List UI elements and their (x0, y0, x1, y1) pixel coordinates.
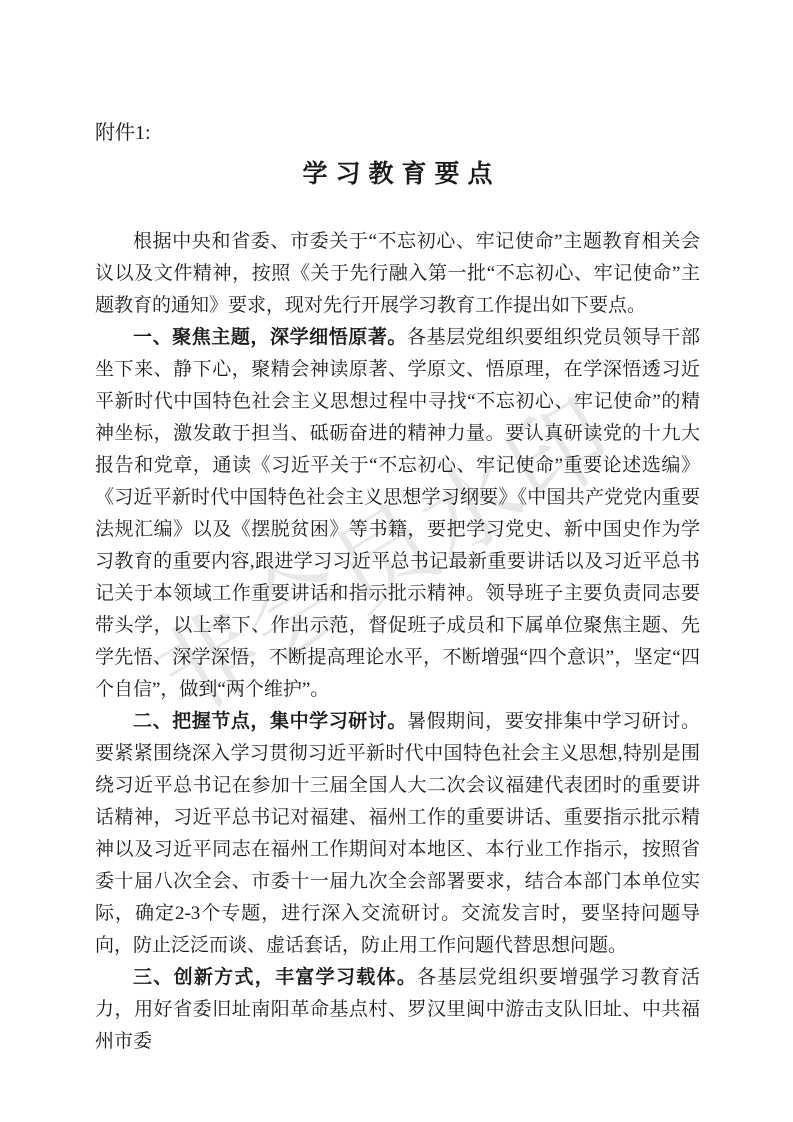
paragraph-section-3: 三、创新方式，丰富学习载体。各基层党组织要增强学习教育活力，用好省委旧址南阳革命… (95, 962, 700, 1058)
document-body: 根据中央和省委、市委关于“不忘初心、牢记使命”主题教育相关会议以及文件精神，按照… (95, 226, 700, 1058)
section-3-heading: 三、创新方式，丰富学习载体。 (133, 967, 417, 988)
section-1-text: 各基层党组织要组织党员领导干部坐下来、静下心，聚精会神读原著、学原文、悟原理，在… (95, 327, 700, 700)
paragraph-section-2: 二、把握节点，集中学习研讨。暑假期间，要安排集中学习研讨。要紧紧围绕深入学习贯彻… (95, 706, 700, 962)
section-1-heading: 一、聚焦主题，深学细悟原著。 (133, 327, 407, 348)
document-page: 非会员水印 附件1: 学习教育要点 根据中央和省委、市委关于“不忘初心、牢记使命… (0, 0, 793, 1122)
paragraph-section-1: 一、聚焦主题，深学细悟原著。各基层党组织要组织党员领导干部坐下来、静下心，聚精会… (95, 322, 700, 706)
section-2-heading: 二、把握节点，集中学习研讨。 (133, 711, 407, 732)
document-content: 附件1: 学习教育要点 根据中央和省委、市委关于“不忘初心、牢记使命”主题教育相… (95, 120, 700, 1058)
document-title: 学习教育要点 (95, 158, 700, 192)
paragraph-intro: 根据中央和省委、市委关于“不忘初心、牢记使命”主题教育相关会议以及文件精神，按照… (95, 226, 700, 322)
paragraph-intro-text: 根据中央和省委、市委关于“不忘初心、牢记使命”主题教育相关会议以及文件精神，按照… (95, 231, 700, 316)
attachment-label: 附件1: (95, 120, 700, 146)
section-2-text: 暑假期间，要安排集中学习研讨。要紧紧围绕深入学习贯彻习近平新时代中国特色社会主义… (95, 711, 700, 956)
